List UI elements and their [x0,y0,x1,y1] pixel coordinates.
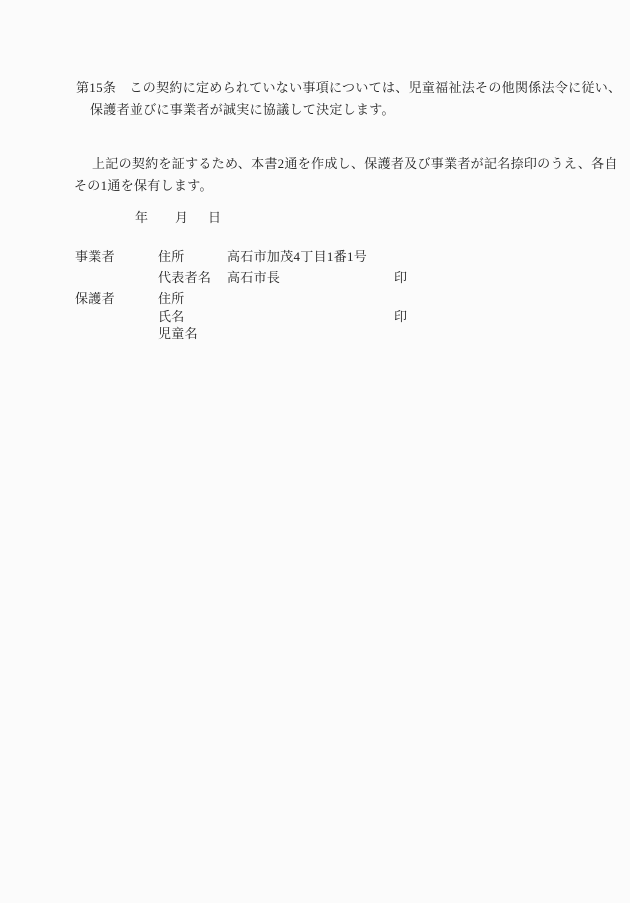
party-label-business: 事業者 [75,249,115,265]
signature-row-guardian-name: 氏名 印 [0,309,630,327]
date-year-label: 年 [135,210,148,226]
article-15-line-1: 第15条 この契約に定められていない事項については、児童福祉法その他関係法令に従… [76,80,621,96]
article-15-line-2: 保護者並びに事業者が誠実に協議して決定します。 [90,102,395,118]
contract-document-page: 第15条 この契約に定められていない事項については、児童福祉法その他関係法令に従… [0,0,630,903]
closing-statement-line-1: 上記の契約を証するため、本書2通を作成し、保護者及び事業者が記名捺印のうえ、各自 [92,156,618,172]
date-day-label: 日 [208,210,221,226]
business-address-value: 高石市加茂4丁目1番1号 [227,249,367,265]
signature-row-representative: 代表者名 高石市長 印 [0,270,630,288]
representative-name-label: 代表者名 [158,270,211,286]
date-month-label: 月 [175,210,188,226]
signature-row-business-address: 事業者 住所 高石市加茂4丁目1番1号 [0,249,630,267]
child-name-label: 児童名 [158,326,198,342]
guardian-seal-mark: 印 [394,309,407,325]
party-label-guardian: 保護者 [75,291,115,307]
guardian-address-label: 住所 [158,291,185,307]
guardian-name-label: 氏名 [158,309,185,325]
business-seal-mark: 印 [394,270,407,286]
representative-name-value: 高石市長 [227,270,280,286]
signature-row-guardian-address: 保護者 住所 [0,291,630,309]
address-label: 住所 [158,249,185,265]
signature-row-child-name: 児童名 [0,326,630,344]
closing-statement-line-2: その1通を保有します。 [74,178,213,194]
